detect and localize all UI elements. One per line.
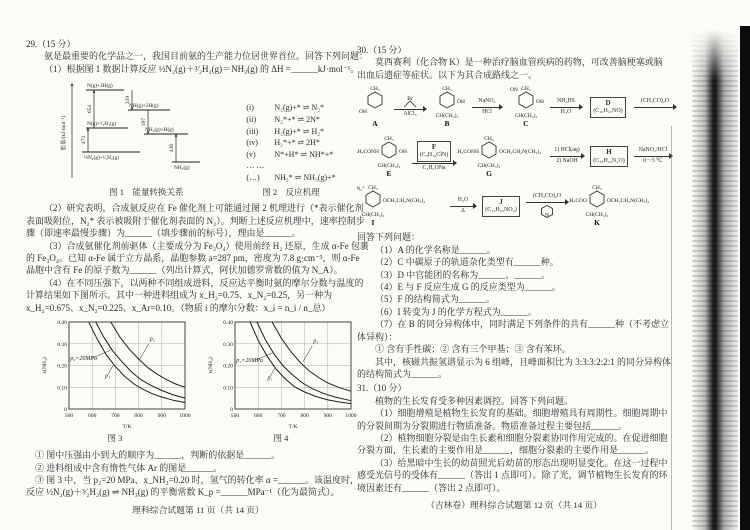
svg-text:G: G: [486, 169, 492, 177]
energy-value: 473: [81, 136, 87, 145]
svg-text:OCH₂CH₂N(CH₃)₂: OCH₂CH₂N(CH₃)₂: [607, 197, 649, 204]
synthesis-scheme: CH₃OHABrAlCl₃CH₃OHCH(CH₃)₂BNaNO₂HClCH₃ON…: [357, 84, 671, 229]
q29-sub3-equation: 反应 ½N₂(g)＋³⁄₂H₂(g) ⇌ NH₃(g) 的平衡常数 K_p =_…: [26, 486, 370, 498]
scheme-row: CH₃Cl⁻N₂⁺OCH₂CH₂N(CH₃)₂CH(CH₃)₂IH₂OΔJ(C₁…: [357, 183, 671, 229]
fig4-caption: 图 4: [205, 433, 357, 445]
level-label: NH₃(g): [174, 164, 190, 171]
compound-E: CH₃CH₃CONHOHCH(CH₃)₂E: [357, 134, 411, 180]
q30-intro: 莫西赛利（化合物 K）是一种治疗脑血管疾病的药物，可改善脑梗塞或脑出血后遗症等症…: [357, 56, 671, 81]
mechanism-step: (iii)H₂(g)+* ⇌ H₂*: [246, 126, 335, 138]
svg-text:500: 500: [231, 413, 240, 419]
level-label: NH(g)+2H(g): [129, 102, 159, 109]
q31-part-list: （1）细胞增殖是植物生长发育的基础。细胞增殖具有周期性。细胞周期中的分裂间期为分…: [357, 407, 671, 494]
figure-2-mechanism: (i)N₂(g)+* ⇌ N₂*(ii)N₂*+* ⇌ 2N*(iii)H₂(g…: [246, 102, 335, 198]
reaction-arrow: NaNO₂/HCl0～5 ℃: [634, 147, 672, 166]
svg-text:K: K: [594, 218, 600, 226]
svg-text:CH₃: CH₃: [368, 185, 378, 191]
page-footer-right: （吉林卷）理科综合试题第 12 页（共 14 页）: [357, 499, 671, 511]
q29-part4: （4）在不同压强下，以两种不同组成进料，反应达平衡时氨的摩尔分数与温度的计算结果…: [26, 277, 370, 314]
svg-text:CH(CH₃)₂: CH(CH₃)₂: [378, 162, 401, 169]
mechanism-step: (ii)N₂*+* ⇌ 2N*: [246, 114, 335, 126]
svg-text:CH₃: CH₃: [521, 86, 531, 92]
energy-value: 397: [141, 118, 147, 127]
q31-intro: 植物的生长发育受多种因素调控。回答下列问题。: [357, 395, 671, 407]
reaction-arrow: (CH₃CO)₂ON: [526, 193, 568, 219]
level-label: ½N₂(g)+³⁄₂H₂(g): [84, 154, 119, 161]
reaction-arrow: NH₄HSH₂O: [550, 98, 582, 117]
arrow-line: [450, 206, 476, 207]
compound-H: H(C₁₄H₂₄N₂O): [585, 146, 633, 167]
compound-B-structure: CH₃OHCH(CH₃)₂B: [427, 84, 471, 127]
mechanism-steps: (i)N₂(g)+* ⇌ N₂*(ii)N₂*+* ⇌ 2N*(iii)H₂(g…: [246, 102, 335, 185]
q29-part3: （3）合成氨催化剂前驱体（主要成分为 Fe₃O₄）使用前经 H₂ 还原，生成 α…: [26, 240, 370, 277]
svg-text:CH₃CONH: CH₃CONH: [357, 149, 379, 155]
compound-K: CH₃CH₃COOOCH₂CH₂N(CH₃)₂CH(CH₃)₂K: [569, 183, 665, 229]
svg-text:p₁: p₁: [267, 376, 273, 382]
q31-item: （3）给黑暗中生长的幼苗照光后幼苗的形态出现明显变化。在这一过程中感受光信号的受…: [357, 457, 671, 494]
svg-text:T/K: T/K: [288, 424, 297, 429]
scheme-row: CH₃CH₃CONHOHCH(CH₃)₂EF(C₄H₁₀ClN)C₂H₅ONaC…: [357, 134, 671, 180]
series-p₃: [272, 322, 351, 391]
q31-item: （2）植物细胞分裂是由生长素和细胞分裂素协同作用完成的。在促进细胞分裂方面，生长…: [357, 432, 671, 457]
pyridine-icon: N: [540, 204, 554, 219]
svg-text:800: 800: [134, 413, 143, 419]
q30-item: （2）C 中碳原子的轨道杂化类型有______种。: [357, 256, 671, 268]
scan-spine-shadow: [692, 30, 738, 530]
svg-text:OH: OH: [457, 99, 465, 105]
svg-text:A: A: [372, 119, 378, 127]
fig4-figure: 500600700800900100000.100.200.300.40p₁p₂…: [205, 317, 357, 445]
svg-text:0: 0: [64, 407, 67, 413]
svg-text:CH₃COO: CH₃COO: [569, 198, 587, 204]
svg-text:CH₃: CH₃: [592, 185, 602, 191]
svg-text:CH₃: CH₃: [484, 136, 494, 142]
fig3-figure: 500600700800900100000.100.200.300.40p₁p₂…: [39, 317, 191, 445]
svg-text:OH: OH: [399, 149, 407, 155]
svg-text:CH(CH₃)₂: CH(CH₃)₂: [478, 162, 501, 169]
arrow-line: [550, 156, 584, 157]
q29-heading: 29.（15 分）: [26, 38, 370, 50]
q30-item: （1）A 的化学名称是______。: [357, 244, 671, 256]
svg-text:0.30: 0.30: [223, 342, 233, 348]
svg-text:0.40: 0.40: [223, 320, 233, 326]
mechanism-step: (i)N₂(g)+* ⇌ N₂*: [246, 102, 335, 114]
arrow-line: [526, 202, 568, 203]
figure-2-caption: 图 2 反应机理: [246, 187, 335, 199]
svg-text:900: 900: [324, 413, 333, 419]
svg-text:N: N: [545, 213, 549, 219]
compound-C-structure: CH₃ONOHCH(CH₃)₂C: [503, 84, 549, 127]
q30-tail: 其中，核磁共振氢谱显示为 6 组峰，且峰面积比为 3:3:3:2:2:1 的同分…: [357, 356, 671, 381]
q31-heading: 31.（10 分）: [357, 382, 671, 394]
series-p₁: [89, 322, 185, 403]
svg-text:p₁: p₁: [104, 374, 110, 380]
svg-text:p₃: p₃: [149, 337, 155, 343]
q31-item: （1）细胞增殖是植物生长发育的基础。细胞增殖具有周期性。细胞周期中的分裂间期为分…: [357, 407, 671, 432]
q30-item: （6）I 转变为 J 的化学方程式为______。: [357, 306, 671, 318]
q29-part1: （1）根据图 1 数据计算反应 ½N₂(g)＋³⁄₂H₂(g)＝NH₃(g) 的…: [26, 63, 370, 75]
q29-sub2: ② 进料组成中含有惰性气体 Ar 的图是______。: [26, 462, 370, 474]
mechanism-step: … …: [246, 160, 335, 172]
compound-A: CH₃OHA: [357, 84, 393, 130]
svg-text:0.20: 0.20: [57, 364, 67, 370]
energy-diagram-plot: 能量/(kJ·mol⁻¹) N(g)+3H(g) NH(g)+2H(g) N(g…: [60, 78, 232, 182]
reaction-arrow: 1) HCl(aq)2) NaOH: [550, 147, 584, 166]
svg-text:T/K: T/K: [122, 424, 131, 429]
reaction-arrow: F(C₄H₁₀ClN)C₂H₅ONa: [412, 141, 456, 173]
svg-text:B: B: [444, 119, 449, 127]
level-label: N(g)+3H(g): [87, 82, 113, 89]
svg-text:0.10: 0.10: [57, 385, 67, 391]
svg-text:700: 700: [111, 413, 120, 419]
exam-page-left: 29.（15 分） 氨是最重要的化学品之一，我国目前氨的生产能力位居世界首位。回…: [26, 36, 370, 516]
svg-text:500: 500: [65, 413, 74, 419]
svg-text:C: C: [523, 119, 528, 127]
page-edge-line: [671, 126, 672, 530]
compound-E-structure: CH₃CH₃CONHOHCH(CH₃)₂E: [357, 134, 411, 177]
svg-text:Cl⁻N₂⁺: Cl⁻N₂⁺: [357, 186, 365, 192]
svg-text:p₂=20MPa: p₂=20MPa: [235, 358, 263, 364]
energy-axis-label: 能量/(kJ·mol⁻¹): [60, 116, 67, 151]
compound-J: J(C₁₄H₂₃NO₂): [477, 196, 525, 217]
fig3-caption: 图 3: [39, 433, 191, 445]
compound-G-structure: CH₃CH₃CONHOCH₂CH₂N(CH₃)₂CH(CH₃)₂G: [457, 134, 549, 177]
arrow-line: [394, 109, 426, 110]
q30-lead: 回答下列问题：: [357, 231, 671, 243]
svg-text:CH(CH₃)₂: CH(CH₃)₂: [362, 211, 385, 218]
q30-item: （7）在 B 的同分异构体中，同时满足下列条件的共有______种（不考虑立体异…: [357, 318, 671, 343]
svg-text:x(NH₃): x(NH₃): [207, 357, 214, 374]
svg-text:E: E: [386, 169, 391, 177]
compound-I: CH₃Cl⁻N₂⁺OCH₂CH₂N(CH₃)₂CH(CH₃)₂I: [357, 183, 449, 229]
compound-K-structure: CH₃CH₃COOOCH₂CH₂N(CH₃)₂CH(CH₃)₂K: [569, 183, 665, 226]
q29-intro: 氨是最重要的化学品之一，我国目前氨的生产能力位居世界首位。回答下列问题：: [26, 50, 370, 62]
exam-page-right: 30.（15 分） 莫西赛利（化合物 K）是一种治疗脑血管疾病的药物，可改善脑梗…: [357, 42, 671, 511]
svg-text:0.30: 0.30: [57, 342, 67, 348]
q30-heading: 30.（15 分）: [357, 44, 671, 56]
svg-text:ON: ON: [510, 87, 518, 93]
svg-text:OH: OH: [536, 99, 544, 105]
svg-text:CH₃: CH₃: [384, 136, 394, 142]
level-label: NH₂(g)+H(g): [145, 126, 174, 133]
svg-text:OCH₂CH₂N(CH₃)₂: OCH₂CH₂N(CH₃)₂: [383, 197, 425, 204]
fig3-plot: 500600700800900100000.100.200.300.40p₁p₂…: [39, 317, 191, 429]
reaction-arrow: (CH₃CO)₂O: [634, 98, 676, 117]
q30-item: （5）F 的结构简式为______。: [357, 293, 671, 305]
compound-B: CH₃OHCH(CH₃)₂B: [427, 84, 471, 130]
svg-text:CH₃: CH₃: [442, 86, 452, 92]
figure-1-caption: 图 1 能量转换关系: [60, 187, 232, 199]
energy-value: 654: [87, 105, 93, 114]
svg-text:I: I: [372, 218, 375, 226]
svg-text:CH(CH₃)₂: CH(CH₃)₂: [515, 112, 538, 119]
mechanism-step: (…)NH₃* ⇌ NH₃(g)+*: [246, 172, 335, 184]
svg-text:1000: 1000: [179, 413, 190, 419]
page-footer-left: 理科综合试题第 11 页（共 14 页）: [26, 504, 370, 516]
compound-D: D(C₁₀H₁₅NO): [583, 97, 633, 118]
arrow-line: [550, 107, 582, 108]
svg-text:800: 800: [300, 413, 309, 419]
svg-text:1000: 1000: [345, 413, 356, 419]
svg-text:900: 900: [158, 413, 167, 419]
svg-text:p₂=20MPa: p₂=20MPa: [69, 356, 97, 362]
arrow-line: [634, 156, 672, 157]
arrow-line: [472, 107, 502, 108]
scan-black-edge: [740, 26, 750, 530]
arrow-line: [634, 107, 676, 108]
compound-A-structure: CH₃OHA: [357, 84, 393, 127]
q30-item: （4）E 与 F 反应生成 G 的反应类型为______。: [357, 281, 671, 293]
svg-text:600: 600: [88, 413, 97, 419]
q29-figures-row: 能量/(kJ·mol⁻¹) N(g)+3H(g) NH(g)+2H(g) N(g…: [26, 78, 370, 198]
svg-text:OCH₂CH₂N(CH₃)₂: OCH₂CH₂N(CH₃)₂: [499, 148, 541, 155]
scanned-exam-sheet: 29.（15 分） 氨是最重要的化学品之一，我国目前氨的生产能力位居世界首位。回…: [0, 0, 750, 530]
q30-question-list: （1）A 的化学名称是______。（2）C 中碳原子的轨道杂化类型有_____…: [357, 244, 671, 343]
isopropyl-bromide-icon: Br: [400, 95, 420, 108]
mechanism-step: (iv)H₂*+* ⇌ 2H*: [246, 137, 335, 149]
svg-text:x(NH₃): x(NH₃): [41, 357, 48, 374]
svg-text:p₃: p₃: [312, 339, 318, 345]
svg-text:0.40: 0.40: [57, 320, 67, 326]
mechanism-step: (v)N*+H* ⇌ NH*+*: [246, 149, 335, 161]
figure-1-energy-diagram: 能量/(kJ·mol⁻¹) N(g)+3H(g) NH(g)+2H(g) N(g…: [60, 78, 232, 198]
fig4-plot: 500600700800900100000.100.200.300.40p₁p₂…: [205, 317, 357, 429]
q29-sub3: ③ 图 3 中，当 p₂=20 MPa、x_NH₃=0.20 时，氢气的转化率 …: [26, 474, 370, 486]
svg-text:0.10: 0.10: [223, 385, 233, 391]
q30-item: （3）D 中官能团的名称为______、______。: [357, 269, 671, 281]
svg-text:CH₃CONH: CH₃CONH: [457, 149, 479, 155]
reaction-arrow: NaNO₂HCl: [472, 98, 502, 117]
reaction-arrow: H₂OΔ: [450, 197, 476, 216]
scheme-row: CH₃OHABrAlCl₃CH₃OHCH(CH₃)₂BNaNO₂HClCH₃ON…: [357, 84, 671, 130]
svg-text:700: 700: [277, 413, 286, 419]
series-p₃: [111, 322, 185, 387]
arrow-line: [412, 163, 456, 164]
compound-G: CH₃CH₃CONHOCH₂CH₂N(CH₃)₂CH(CH₃)₂G: [457, 134, 549, 180]
compound-C: CH₃ONOHCH(CH₃)₂C: [503, 84, 549, 130]
q29-charts-row: 500600700800900100000.100.200.300.40p₁p₂…: [26, 317, 370, 445]
level-label: N(g)+³⁄₂H₂(g): [87, 120, 116, 127]
svg-text:0.20: 0.20: [223, 364, 233, 370]
q29-part2: （2）研究表明，合成氨反应在 Fe 催化剂上可能通过图 2 机理进行（*表示催化…: [26, 202, 370, 239]
svg-text:CH(CH₃)₂: CH(CH₃)₂: [436, 112, 459, 119]
compound-F: F(C₄H₁₀ClN): [417, 141, 452, 162]
q30-conditions: ① 含有手性碳；② 含有三个甲基；③ 含有苯环。: [357, 343, 671, 355]
svg-text:CH₃: CH₃: [370, 86, 380, 92]
compound-I-structure: CH₃Cl⁻N₂⁺OCH₂CH₂N(CH₃)₂CH(CH₃)₂I: [357, 183, 449, 226]
energy-value: 339: [125, 96, 131, 105]
svg-text:0: 0: [230, 407, 233, 413]
svg-text:OH: OH: [359, 109, 367, 115]
svg-text:CH(CH₃)₂: CH(CH₃)₂: [586, 211, 609, 218]
reaction-arrow: BrAlCl₃: [394, 95, 426, 119]
energy-value: 436: [169, 144, 175, 153]
svg-text:600: 600: [254, 413, 263, 419]
q29-sub1: ① 图中压强由小到大的顺序为______，判断的依据是______。: [26, 449, 370, 461]
